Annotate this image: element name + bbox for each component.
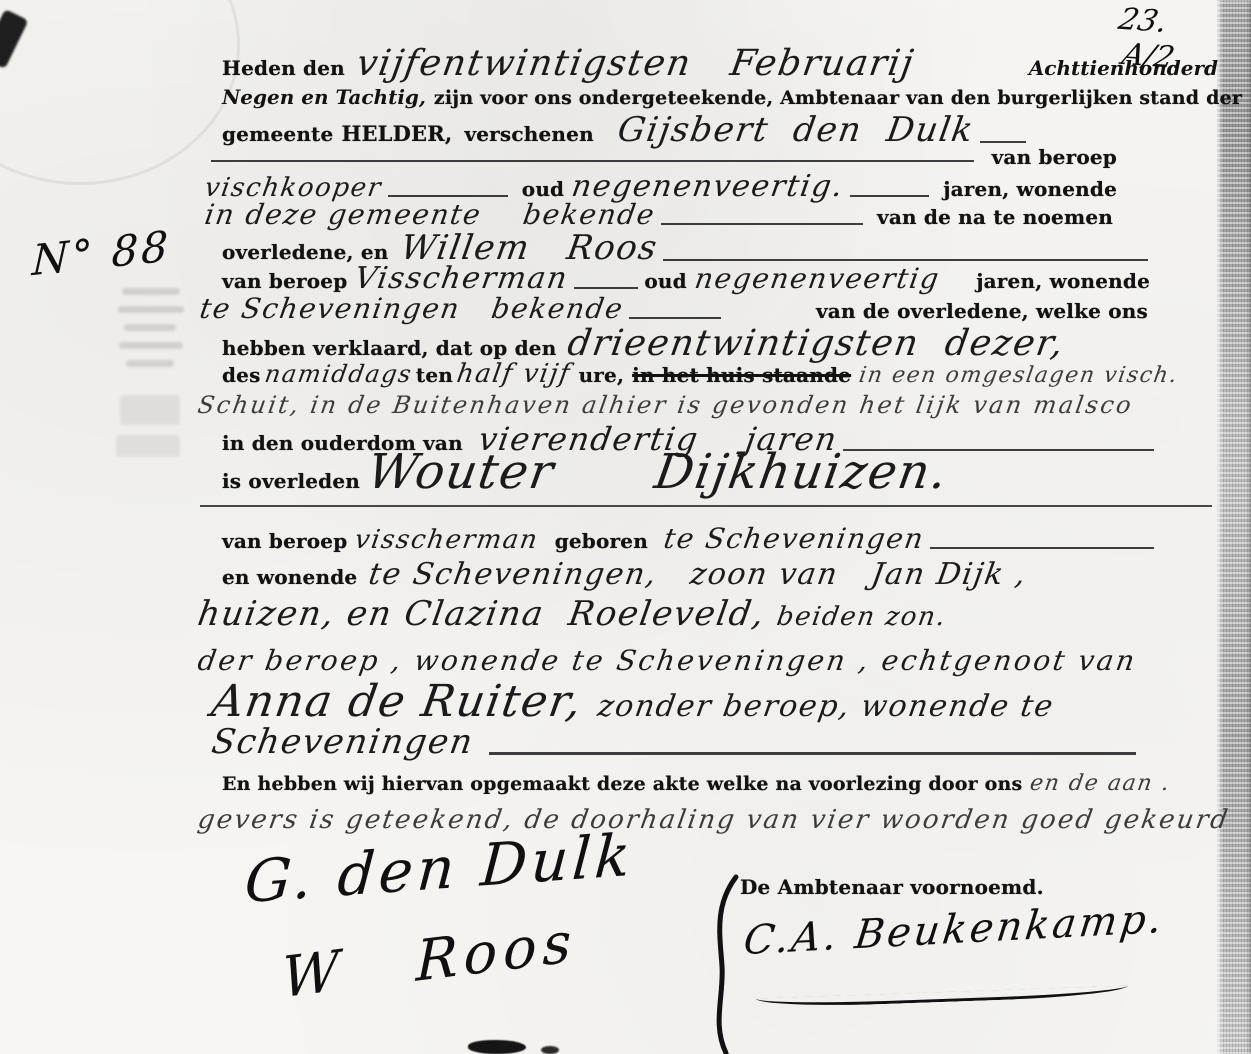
death-certificate-scan: N° 88 23. A/2. Heden den vijfentwintigst… [0, 0, 1251, 1054]
filler-rule [850, 193, 929, 197]
bleedthrough-smudge [122, 288, 180, 295]
printed-struck-in-het-huis: in het huis staande [632, 364, 851, 386]
line-deceased-name: is overleden Wouter Dijkhuizen. [222, 446, 1217, 499]
printed-negen-en-tachtig: Negen en Tachtig, [222, 86, 426, 108]
line-closing: En hebben wij hiervan opgemaakt deze akt… [222, 772, 1164, 796]
filler-rule [663, 257, 1148, 261]
filler-rule [661, 221, 863, 225]
spacer [727, 316, 816, 318]
handwritten-namiddags: namiddags [262, 361, 414, 387]
signature-underline-flourish [756, 986, 1128, 1009]
line-occupation-age-2: van beroep Visscherman oud negenenveerti… [222, 262, 1150, 295]
line-closing-2: gevers is geteekend, de doorhaling van v… [198, 806, 1150, 835]
printed-van-beroep-2: van beroep [222, 270, 347, 292]
line-date: Heden den vijfentwintigsten Februarij Ac… [222, 44, 1218, 84]
handwritten-age2: negenenveertig [692, 264, 941, 295]
printed-ure: ure, [579, 364, 625, 386]
filler-rule [930, 545, 1154, 549]
scan-corner-mark [0, 9, 29, 69]
line-deceased-occupation: van beroep visscherman geboren te Scheve… [222, 524, 1160, 555]
handwritten-spouse-occupation: zonder beroep, wonende te [596, 690, 1057, 723]
line-official-title: De Ambtenaar voornoemd. [740, 876, 1044, 898]
handwritten-occupation2: Visscherman [353, 262, 571, 295]
handwritten-beiden-zonder: beiden zon. [774, 603, 948, 632]
corner-annotation-line1: 23. [1115, 2, 1190, 41]
handwritten-spouse-name: Anna de Ruiter, [208, 678, 586, 726]
bottom-ink-blob [468, 1040, 526, 1054]
line-declaration-date: hebben verklaard, dat op den drieentwint… [222, 324, 1157, 364]
handwritten-residence-parents: te Scheveningen, zoon van Jan Dijk , [367, 558, 1030, 591]
line-time-place: des namiddags ten half vijf ure, in het … [222, 360, 1137, 389]
act-number: N° 88 [31, 221, 172, 285]
bleedthrough-smudge [126, 360, 174, 367]
printed-jaren-wonende: jaren, wonende [943, 178, 1117, 200]
handwritten-residence2: te Scheveningen bekende [198, 294, 626, 325]
printed-van-de-na-te-noemen: van de na te noemen [877, 206, 1113, 228]
handwritten-declarant1-name: Gijsbert den Dulk [615, 112, 977, 149]
spacer [939, 286, 976, 288]
printed-achttienhonderd: Achttienhonderd [1029, 57, 1218, 79]
bleedthrough-smudge [116, 435, 180, 457]
handwritten-birthplace: te Scheveningen [662, 524, 927, 555]
handwritten-spouse-residence: Scheveningen [209, 724, 476, 761]
printed-ten: ten [416, 364, 453, 386]
printed-overledene-en: overledene, en [222, 241, 389, 263]
filler-rule [574, 285, 638, 289]
printed-verschenen: verschenen [464, 123, 593, 145]
filler-rule [980, 139, 1026, 143]
handwritten-death-day: drieentwintigsten dezer, [565, 324, 1067, 364]
line-gemeente-verschenen: gemeente HELDER, verschenen Gijsbert den… [222, 112, 1114, 149]
line-van-beroep-1: van beroep [205, 146, 1117, 168]
filler-rule [211, 158, 974, 162]
signature-declarant2: W Roos [281, 909, 577, 1011]
line-deceased-residence: en wonende te Scheveningen, zoon van Jan… [222, 558, 1160, 591]
signature-official: C.A. Beukenkamp. [741, 896, 1167, 964]
printed-gemeente: gemeente [222, 123, 333, 145]
bleedthrough-smudge [120, 395, 180, 425]
handwritten-day-month: vijfentwintigsten Februarij [354, 44, 917, 84]
filler-rule [629, 315, 721, 319]
printed-helder: HELDER, [341, 122, 452, 145]
handwritten-doorhaling: gevers is geteekend, de doorhaling van v… [196, 806, 1232, 835]
printed-des: des [222, 364, 261, 386]
stamp-arc [0, 0, 240, 185]
printed-ambtenaar-voornoemd: De Ambtenaar voornoemd. [740, 876, 1044, 898]
bleedthrough-smudge [118, 306, 184, 313]
handwritten-omgeslagen-visch: in een omgeslagen visch. [857, 364, 1180, 388]
line-residence-2: te Scheveningen bekende van de overleden… [200, 294, 1148, 325]
printed-closing: En hebben wij hiervan opgemaakt deze akt… [222, 774, 1022, 795]
printed-jaren-wonende-2: jaren, wonende [976, 270, 1150, 292]
filler-rule [388, 193, 508, 197]
bottom-ink-blob-small [541, 1046, 559, 1054]
bleedthrough-smudge [124, 324, 176, 331]
handwritten-parents-residence: der beroep , wonende te Scheveningen , e… [196, 646, 1140, 677]
printed-is-overleden: is overleden [222, 470, 360, 492]
line-residence-1: in deze gemeente bekende van de na te no… [205, 200, 1113, 231]
line-parents: huizen, en Clazina Roeleveld, beiden zon… [198, 596, 1158, 633]
printed-en-wonende: en wonende [222, 566, 357, 588]
line-spouse: Anna de Ruiter, zonder beroep, wonende t… [212, 678, 1162, 726]
handwritten-mother-name: huizen, en Clazina Roeleveld, [195, 596, 768, 633]
bleedthrough-smudge [119, 342, 183, 349]
handwritten-half-vijf: half vijf [455, 360, 573, 389]
full-width-rule [200, 505, 1212, 507]
line-found-body: Schuit, in de Buitenhaven alhier is gevo… [198, 392, 1146, 418]
filler-rule-heavy [489, 751, 1136, 755]
scan-edge-band [1217, 0, 1251, 1054]
handwritten-en-de-aan: en de aan . [1029, 772, 1173, 796]
handwritten-deceased-occupation: visscherman [353, 526, 541, 555]
handwritten-buitenhaven: Schuit, in de Buitenhaven alhier is gevo… [196, 392, 1135, 418]
printed-zijn-voor-ons: zijn voor ons ondergeteekende, Ambtenaar… [434, 88, 1242, 109]
printed-geboren: geboren [555, 530, 648, 552]
brace-flourish [704, 874, 746, 1054]
printed-van-de-overledene: van de overledene, welke ons [816, 300, 1148, 322]
handwritten-deceased-name: Wouter Dijkhuizen. [364, 446, 952, 499]
printed-van-beroep-3: van beroep [222, 530, 347, 552]
printed-heden-den: Heden den [222, 57, 345, 79]
printed-oud: oud [522, 178, 564, 200]
line-parents-residence: der beroep , wonende te Scheveningen , e… [198, 646, 1158, 677]
printed-hebben-verklaard: hebben verklaard, dat op den [222, 337, 556, 359]
line-spouse-residence: Scheveningen [212, 724, 1142, 761]
line-year: Negen en Tachtig, zijn voor ons onderget… [222, 86, 1112, 109]
printed-van-beroep: van beroep [992, 146, 1117, 168]
printed-oud-2: oud [644, 270, 686, 292]
handwritten-residence1: in deze gemeente bekende [203, 200, 658, 231]
